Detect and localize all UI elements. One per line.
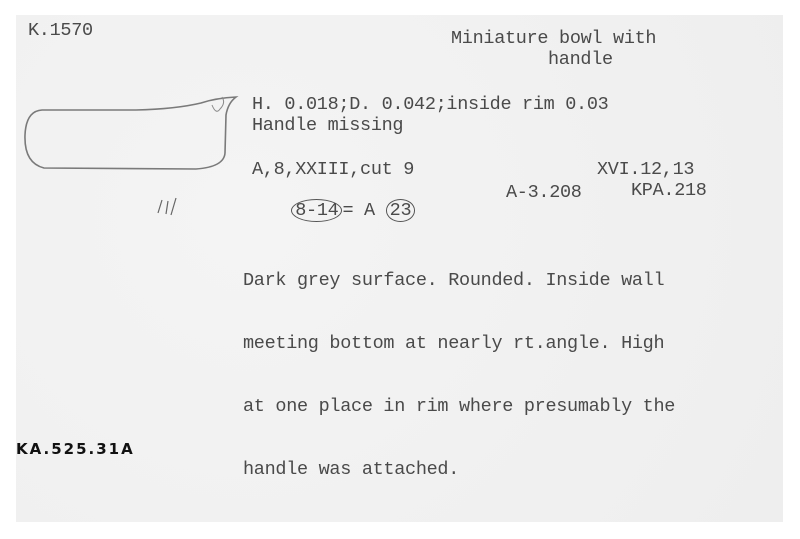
catalog-card: K.1570 Miniature bowl with handle H. 0.0… (16, 15, 783, 522)
kpa-reference: KPA.218 (631, 181, 707, 201)
catalog-number: K.1570 (28, 21, 93, 41)
findspot-ref-mid: = A (342, 200, 374, 221)
description-line: Dark grey surface. Rounded. Inside wall (243, 270, 675, 291)
object-title-line2: handle (548, 50, 613, 70)
description-line: meeting bottom at nearly rt.angle. High (243, 333, 675, 354)
findspot: A,8,XXIII,cut 9 (252, 160, 414, 180)
plate-reference: XVI.12,13 (597, 160, 694, 180)
description-line: at one place in rim where presumably the (243, 396, 675, 417)
condition: Handle missing (252, 116, 403, 136)
findspot-ref-circled-number: 23 (386, 199, 416, 222)
dimensions: H. 0.018;D. 0.042;inside rim 0.03 (252, 95, 608, 115)
inventory-reference: A-3.208 (506, 183, 582, 203)
description-line: handle was attached. (243, 459, 675, 480)
object-title-line1: Miniature bowl with (451, 29, 656, 49)
description: Dark grey surface. Rounded. Inside wall … (243, 228, 675, 522)
findspot-ref-circled-left: 8-14 (291, 199, 342, 222)
accession-number: KA.525.31A (16, 440, 135, 458)
